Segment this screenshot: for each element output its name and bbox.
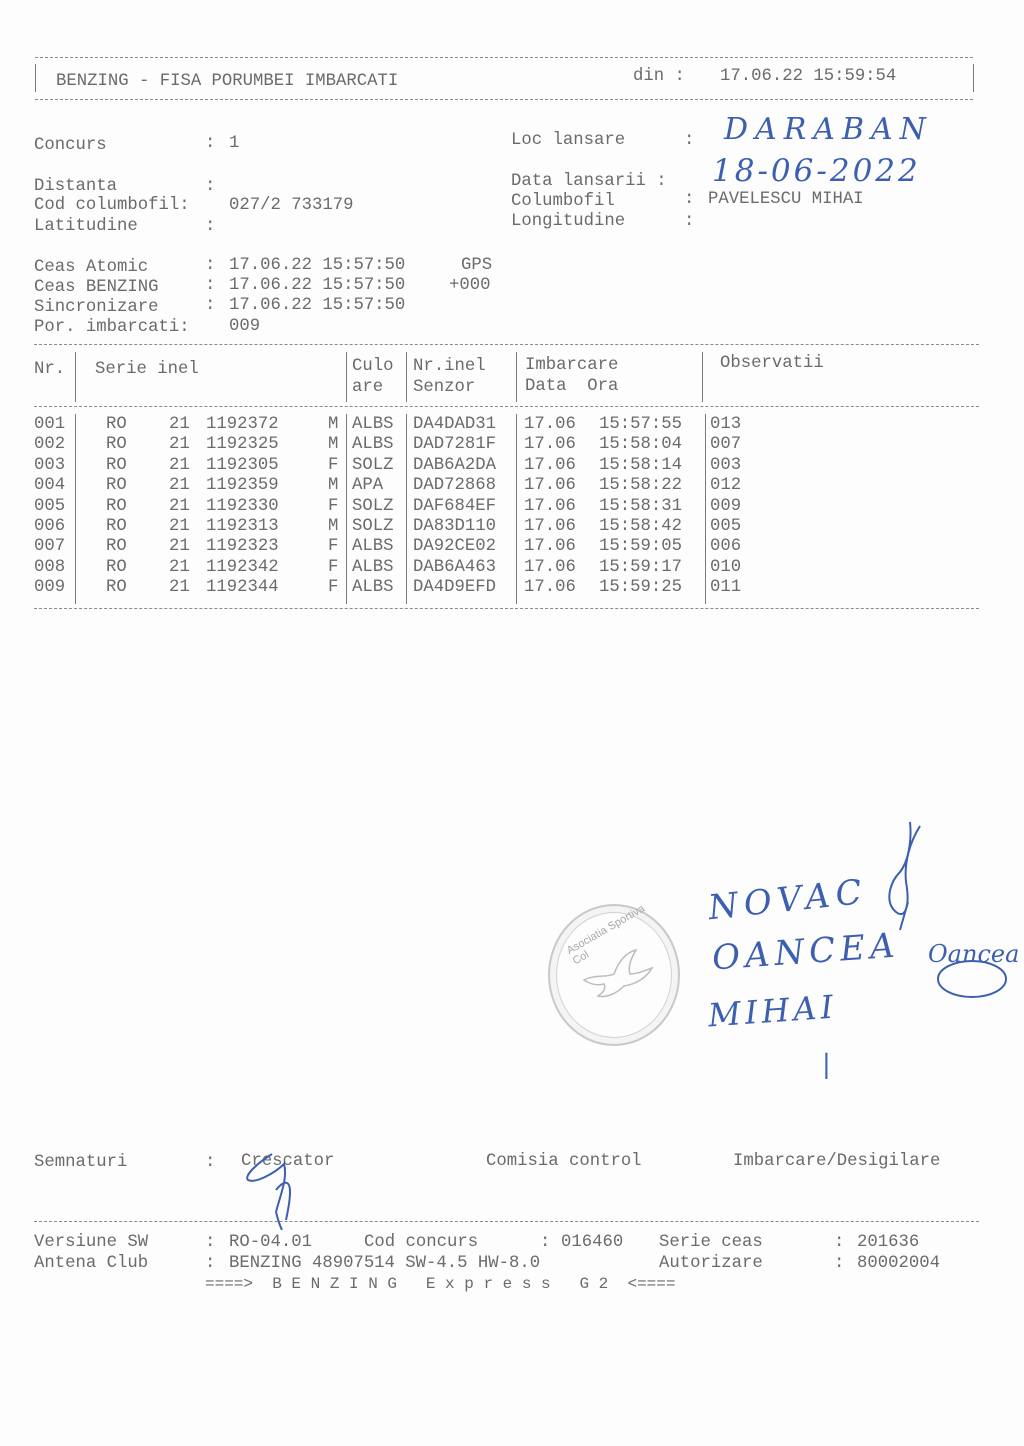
row-year: 21 xyxy=(169,497,190,518)
longitudine-sep: : xyxy=(684,212,694,233)
row-date: 17.06 xyxy=(524,517,576,538)
club-stamp: Asociatia Sportiva Col xyxy=(548,904,680,1046)
row-obs: 003 xyxy=(710,456,741,477)
row-date: 17.06 xyxy=(524,476,576,497)
versiune-sw-sep: : xyxy=(205,1233,215,1254)
serie-ceas-sep: : xyxy=(834,1233,844,1254)
header-imbarcare-2: Data Ora xyxy=(525,377,618,398)
semnaturi-label: Semnaturi xyxy=(34,1153,127,1174)
row-time: 15:58:04 xyxy=(599,435,682,456)
row-obs: 007 xyxy=(710,435,741,456)
antena-club-sep: : xyxy=(205,1254,215,1275)
row-nr: 004 xyxy=(34,476,65,497)
autorizare-value: 80002004 xyxy=(857,1254,940,1275)
row-color: ALBS xyxy=(352,435,393,456)
row-country: RO xyxy=(106,578,127,599)
row-color: ALBS xyxy=(352,415,393,436)
row-color: SOLZ xyxy=(352,517,393,538)
row-ring: 1192330 xyxy=(206,497,279,518)
antena-club-value: BENZING 48907514 SW-4.5 HW-8.0 xyxy=(229,1254,540,1275)
imbarcare-desigilare-label: Imbarcare/Desigilare xyxy=(733,1152,940,1173)
table-row: 005 RO 21 1192330 F SOLZ DAF684EF 17.06 … xyxy=(34,497,984,518)
row-nr: 007 xyxy=(34,537,65,558)
cod-columbofil-label: Cod columbofil: xyxy=(34,196,190,217)
row-year: 21 xyxy=(169,456,190,477)
row-ring: 1192313 xyxy=(206,517,279,538)
versiune-sw-label: Versiune SW xyxy=(34,1233,148,1254)
row-country: RO xyxy=(106,435,127,456)
row-country: RO xyxy=(106,456,127,477)
por-imbarcati-label: Por. imbarcati: xyxy=(34,318,190,339)
row-sensor: DAB6A463 xyxy=(413,558,496,579)
annotation-tick: | xyxy=(822,1050,831,1080)
sincronizare-value: 17.06.22 15:57:50 xyxy=(229,296,405,317)
por-imbarcati-value: 009 xyxy=(229,317,260,338)
row-color: ALBS xyxy=(352,558,393,579)
row-sensor: DA92CE02 xyxy=(413,537,496,558)
row-ring: 1192372 xyxy=(206,415,279,436)
cod-columbofil-value: 027/2 733179 xyxy=(229,196,353,217)
row-year: 21 xyxy=(169,537,190,558)
row-sex: F xyxy=(328,558,338,579)
pen-signature-icon xyxy=(870,812,940,932)
row-sensor: DA4DAD31 xyxy=(413,415,496,436)
row-color: APA xyxy=(352,476,383,497)
row-sex: M xyxy=(328,435,338,456)
serie-ceas-value: 201636 xyxy=(857,1233,919,1254)
loc-lansare-handwritten: DARABAN xyxy=(724,112,933,147)
row-sex: M xyxy=(328,476,338,497)
serie-ceas-label: Serie ceas xyxy=(659,1233,763,1254)
columbofil-value: PAVELESCU MIHAI xyxy=(708,190,864,211)
row-sensor: DAD72868 xyxy=(413,476,496,497)
row-sex: F xyxy=(328,537,338,558)
table-row: 001 RO 21 1192372 M ALBS DA4DAD31 17.06 … xyxy=(34,415,984,436)
row-year: 21 xyxy=(169,558,190,579)
row-nr: 001 xyxy=(34,415,65,436)
table-bottom-border xyxy=(34,608,979,609)
table-row: 002 RO 21 1192325 M ALBS DAD7281F 17.06 … xyxy=(34,435,984,456)
row-ring: 1192323 xyxy=(206,537,279,558)
autorizare-label: Autorizare xyxy=(659,1254,763,1275)
row-time: 15:59:17 xyxy=(599,558,682,579)
din-label: din : xyxy=(633,67,685,88)
row-color: SOLZ xyxy=(352,456,393,477)
table-row: 006 RO 21 1192313 M SOLZ DA83D110 17.06 … xyxy=(34,517,984,538)
row-country: RO xyxy=(106,537,127,558)
antena-club-label: Antena Club xyxy=(34,1254,148,1275)
table-header-bottom-border xyxy=(34,406,979,407)
din-timestamp: 17.06.22 15:59:54 xyxy=(720,67,896,88)
header-right-border xyxy=(973,64,974,92)
header-nr: Nr. xyxy=(34,360,65,381)
header-nrinel-1: Nr.inel xyxy=(413,357,486,378)
concurs-value: 1 xyxy=(229,134,239,155)
header-top-border xyxy=(35,57,973,58)
annotation-line-1: NOVAC xyxy=(706,872,869,928)
row-obs: 009 xyxy=(710,497,741,518)
loc-lansare-label: Loc lansare xyxy=(511,131,625,152)
row-nr: 008 xyxy=(34,558,65,579)
ellipse-mark-icon xyxy=(932,955,1012,1005)
row-year: 21 xyxy=(169,415,190,436)
row-time: 15:58:14 xyxy=(599,456,682,477)
row-obs: 010 xyxy=(710,558,741,579)
row-sensor: DAB6A2DA xyxy=(413,456,496,477)
longitudine-label: Longitudine xyxy=(511,212,625,233)
annotation-line-2: OANCEA xyxy=(711,926,901,979)
row-time: 15:58:22 xyxy=(599,476,682,497)
ceas-atomic-label: Ceas Atomic xyxy=(34,258,148,279)
row-sex: F xyxy=(328,578,338,599)
row-country: RO xyxy=(106,497,127,518)
columbofil-label: Columbofil xyxy=(511,192,615,213)
autorizare-sep: : xyxy=(834,1254,844,1275)
row-ring: 1192344 xyxy=(206,578,279,599)
row-ring: 1192325 xyxy=(206,435,279,456)
latitudine-label: Latitudine xyxy=(34,217,138,238)
header-serie-inel: Serie inel xyxy=(95,360,199,381)
header-observatii: Observatii xyxy=(720,354,824,375)
row-date: 17.06 xyxy=(524,558,576,579)
row-sex: F xyxy=(328,497,338,518)
row-sensor: DAD7281F xyxy=(413,435,496,456)
cod-concurs-sep: : xyxy=(540,1233,550,1254)
cod-concurs-label: Cod concurs xyxy=(364,1233,478,1254)
table-row: 008 RO 21 1192342 F ALBS DAB6A463 17.06 … xyxy=(34,558,984,579)
row-nr: 002 xyxy=(34,435,65,456)
row-color: ALBS xyxy=(352,578,393,599)
table-row: 009 RO 21 1192344 F ALBS DA4D9EFD 17.06 … xyxy=(34,578,984,599)
header-culoare-1: Culo xyxy=(352,357,393,378)
annotation-line-3: MIHAI xyxy=(707,988,838,1035)
col-sep-serie xyxy=(346,352,347,402)
row-obs: 013 xyxy=(710,415,741,436)
dove-icon xyxy=(576,944,656,1004)
row-time: 15:58:42 xyxy=(599,517,682,538)
row-date: 17.06 xyxy=(524,456,576,477)
row-obs: 005 xyxy=(710,517,741,538)
ceas-atomic-value: 17.06.22 15:57:50 xyxy=(229,256,405,277)
table-row: 003 RO 21 1192305 F SOLZ DAB6A2DA 17.06 … xyxy=(34,456,984,477)
row-country: RO xyxy=(106,415,127,436)
ceas-benzing-sep: : xyxy=(205,276,215,297)
header-bottom-border xyxy=(35,99,973,100)
row-date: 17.06 xyxy=(524,435,576,456)
row-obs: 006 xyxy=(710,537,741,558)
ceas-benzing-value: 17.06.22 15:57:50 xyxy=(229,276,405,297)
row-ring: 1192342 xyxy=(206,558,279,579)
row-sensor: DAF684EF xyxy=(413,497,496,518)
row-sex: M xyxy=(328,517,338,538)
row-date: 17.06 xyxy=(524,415,576,436)
data-lansarii-label: Data lansarii : xyxy=(511,172,667,193)
crescator-signature-icon xyxy=(236,1150,326,1230)
header-culoare-2: are xyxy=(352,378,383,399)
col-sep-culoare xyxy=(406,352,407,402)
row-color: SOLZ xyxy=(352,497,393,518)
sincronizare-sep: : xyxy=(205,296,215,317)
ceas-benzing-label: Ceas BENZING xyxy=(34,278,158,299)
row-year: 21 xyxy=(169,578,190,599)
col-sep-imbarcare xyxy=(702,352,703,402)
row-year: 21 xyxy=(169,517,190,538)
data-lansarii-handwritten: 18-06-2022 xyxy=(712,153,921,189)
row-year: 21 xyxy=(169,476,190,497)
row-nr: 009 xyxy=(34,578,65,599)
footer-top-border xyxy=(34,1221,979,1222)
row-ring: 1192305 xyxy=(206,456,279,477)
row-obs: 012 xyxy=(710,476,741,497)
row-year: 21 xyxy=(169,435,190,456)
header-left-border xyxy=(35,64,36,92)
ceas-benzing-extra: +000 xyxy=(449,276,490,297)
row-time: 15:59:05 xyxy=(599,537,682,558)
row-date: 17.06 xyxy=(524,537,576,558)
row-sex: M xyxy=(328,415,338,436)
versiune-sw-value: RO-04.01 xyxy=(229,1233,312,1254)
comisia-control-label: Comisia control xyxy=(486,1152,642,1173)
distanta-label: Distanta xyxy=(34,177,117,198)
concurs-label: Concurs xyxy=(34,136,107,157)
table-top-border xyxy=(34,344,979,345)
row-time: 15:57:55 xyxy=(599,415,682,436)
row-sensor: DA4D9EFD xyxy=(413,578,496,599)
sincronizare-label: Sincronizare xyxy=(34,298,158,319)
concurs-sep: : xyxy=(205,134,215,155)
document-title: BENZING - FISA PORUMBEI IMBARCATI xyxy=(56,72,398,93)
row-country: RO xyxy=(106,517,127,538)
loc-lansare-sep: : xyxy=(684,131,694,152)
table-row: 007 RO 21 1192323 F ALBS DA92CE02 17.06 … xyxy=(34,537,984,558)
row-nr: 003 xyxy=(34,456,65,477)
row-date: 17.06 xyxy=(524,497,576,518)
ceas-atomic-extra: GPS xyxy=(461,256,492,277)
row-time: 15:59:25 xyxy=(599,578,682,599)
distanta-sep: : xyxy=(205,177,215,198)
table-row: 004 RO 21 1192359 M APA DAD72868 17.06 1… xyxy=(34,476,984,497)
row-color: ALBS xyxy=(352,537,393,558)
header-imbarcare-1: Imbarcare xyxy=(525,356,618,377)
row-sex: F xyxy=(328,456,338,477)
semnaturi-sep: : xyxy=(205,1153,215,1174)
row-nr: 006 xyxy=(34,517,65,538)
latitudine-sep: : xyxy=(205,217,215,238)
benzing-express-banner: ====> B E N Z I N G E x p r e s s G 2 <=… xyxy=(205,1274,675,1295)
col-sep-nr xyxy=(75,352,76,402)
row-country: RO xyxy=(106,558,127,579)
header-nrinel-2: Senzor xyxy=(413,378,475,399)
cod-concurs-value: 016460 xyxy=(561,1233,623,1254)
row-obs: 011 xyxy=(710,578,741,599)
col-sep-nrinel xyxy=(516,352,517,402)
ceas-atomic-sep: : xyxy=(205,256,215,277)
row-time: 15:58:31 xyxy=(599,497,682,518)
row-nr: 005 xyxy=(34,497,65,518)
row-country: RO xyxy=(106,476,127,497)
row-date: 17.06 xyxy=(524,578,576,599)
columbofil-sep: : xyxy=(684,190,694,211)
row-sensor: DA83D110 xyxy=(413,517,496,538)
row-ring: 1192359 xyxy=(206,476,279,497)
